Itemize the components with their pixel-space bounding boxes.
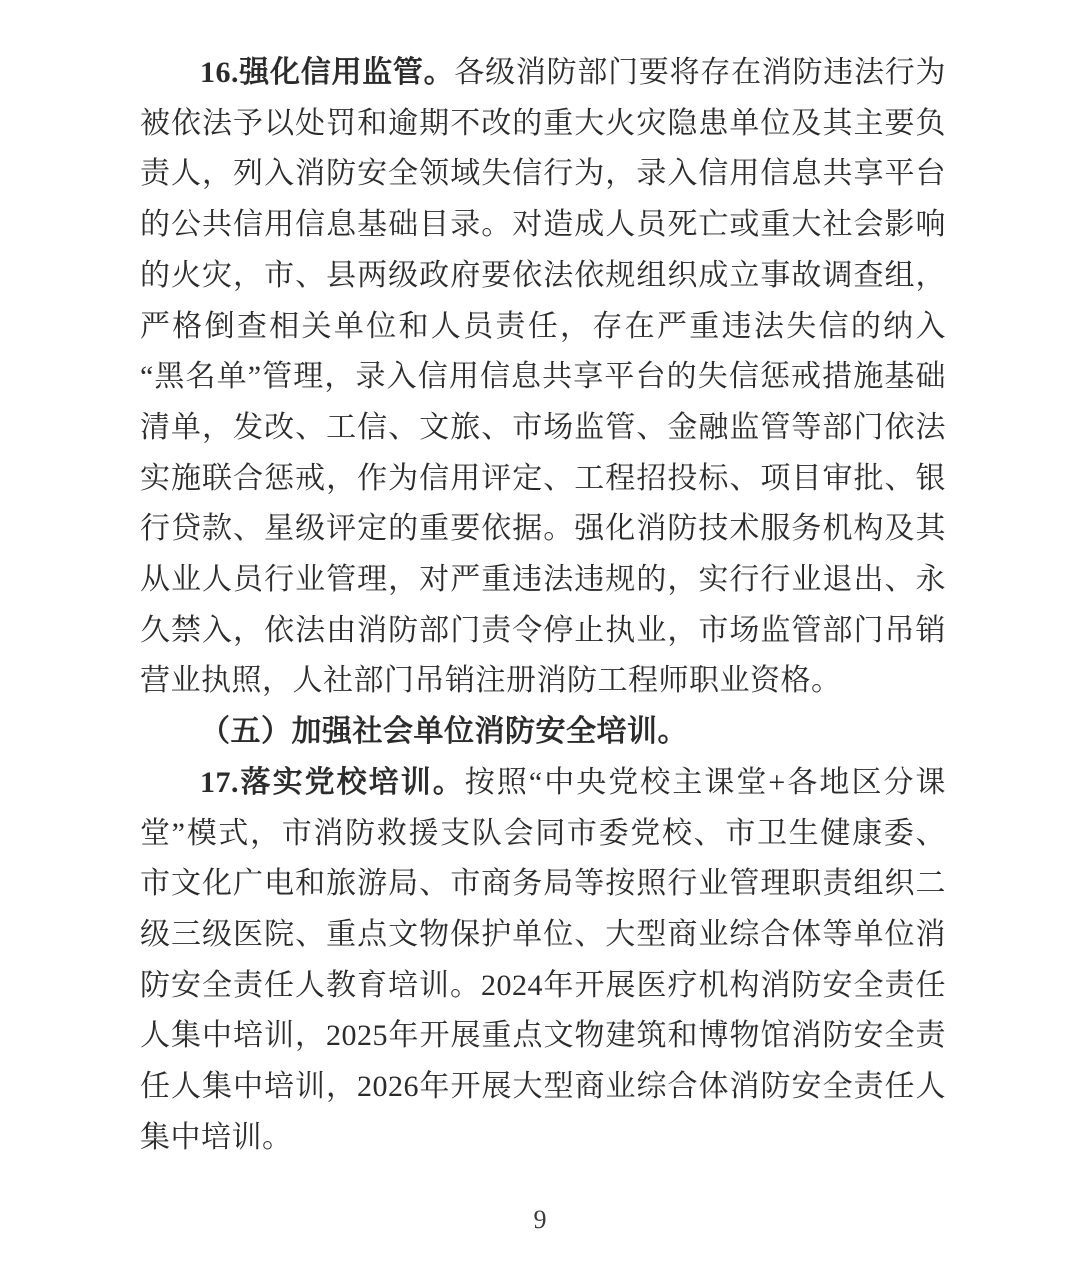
document-body: 16.强化信用监管。各级消防部门要将存在消防违法行为被依法予以处罚和逾期不改的重…: [140, 48, 946, 1163]
paragraph-16-text: 各级消防部门要将存在消防违法行为被依法予以处罚和逾期不改的重大火灾隐患单位及其主…: [140, 56, 946, 697]
paragraph-16-lead: 16.强化信用监管。: [200, 56, 454, 89]
paragraph-17-lead: 17.落实党校培训。: [200, 766, 465, 799]
paragraph-16: 16.强化信用监管。各级消防部门要将存在消防违法行为被依法予以处罚和逾期不改的重…: [140, 48, 946, 707]
paragraph-17: 17.落实党校培训。按照“中央党校主课堂+各地区分课堂”模式，市消防救援支队会同…: [140, 758, 946, 1164]
page-number: 9: [0, 1204, 1080, 1236]
document-page: 16.强化信用监管。各级消防部门要将存在消防违法行为被依法予以处罚和逾期不改的重…: [0, 0, 1080, 1264]
paragraph-17-text: 按照“中央党校主课堂+各地区分课堂”模式，市消防救援支队会同市委党校、市卫生健康…: [140, 766, 946, 1154]
section-heading-5: （五）加强社会单位消防安全培训。: [140, 707, 946, 758]
